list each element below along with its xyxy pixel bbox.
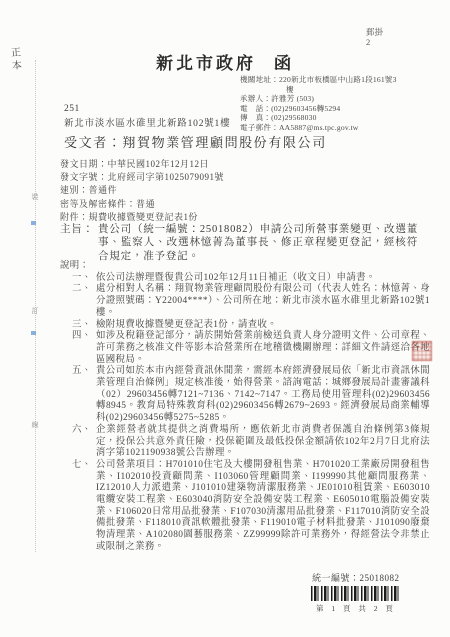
postal-registered-mark: 郵掛 2 <box>366 27 383 47</box>
item-text: 檢附規費收據暨變更登記表1份，請查收。 <box>96 320 430 332</box>
ink-speck <box>31 221 36 225</box>
agency-address-line: 機關地址：220新北市板橋區中山路1段161號3 <box>240 75 440 85</box>
recipient-name: 翔賀物業管理顧問股份有限公司 <box>122 135 326 150</box>
recipient-address: 新北市淡水區水碓里北新路102號1樓 <box>64 115 327 129</box>
agency-contact-person: 承辦人：許雅芳 (503) <box>240 94 440 104</box>
agency-address-wrap: 樓 <box>240 85 440 95</box>
ink-speck <box>31 331 36 335</box>
doc-type: 函 <box>274 54 294 73</box>
item-number: 六、 <box>72 425 96 460</box>
explanation-item: 一、 依公司法辦理暨復貴公司102年12月11日補正（收文日）申請書。 <box>72 273 430 285</box>
explanation-item: 五、 貴公司如於本市內經營資訊休閒業，需經本府經濟發展局依「新北市資訊休閒業管理… <box>72 366 430 425</box>
recipient-label: 受文者： <box>64 135 122 150</box>
meta-security-class: 密等及解密條件：普通 <box>60 198 224 211</box>
explanation-item: 七、 公司營業項目：H701010住宅及大樓開發租售業、H701020工業廠房開… <box>72 460 430 554</box>
page-title: 新北市政府函 <box>0 49 450 74</box>
item-number: 五、 <box>72 366 96 425</box>
item-number: 一、 <box>72 273 96 285</box>
explanation-item: 二、 處分相對人名稱：翔賀物業管理顧問股份有限公司（代表人姓名：林憶菁、身分證照… <box>72 284 430 319</box>
recipient-block: 251 新北市淡水區水碓里北新路102號1樓 受文者：翔賀物業管理顧問股份有限公… <box>64 104 327 151</box>
item-text: 處分相對人名稱：翔賀物業管理顧問股份有限公司（代表人姓名：林憶菁、身分證照號碼：… <box>96 284 430 319</box>
item-number: 四、 <box>72 331 96 366</box>
binding-mark-xian: 線 <box>30 420 40 430</box>
recipient-name-line: 受文者：翔賀物業管理顧問股份有限公司 <box>64 132 327 151</box>
explanation-block: 說明： 一、 依公司法辦理暨復貴公司102年12月11日補正（收文日）申請書。 … <box>60 261 430 554</box>
binding-mark-zhuang: 裝 <box>30 192 40 202</box>
explanation-item: 四、 如涉及稅籍登記部分，請於開始營業前檢送負責人身分證明文件、公司章程、許可業… <box>72 331 430 366</box>
item-number: 七、 <box>72 460 96 554</box>
item-text: 依公司法辦理暨復貴公司102年12月11日補正（收文日）申請書。 <box>96 273 430 285</box>
postal-mark-number: 2 <box>366 37 383 47</box>
barcode <box>311 586 400 601</box>
item-text: 企業經營者就其提供之消費場所，應依新北市消費者保護自治條例第3條規定，投保公共意… <box>96 425 430 460</box>
item-text: 如涉及稅籍登記部分，請於開始營業前檢送負責人身分證明文件、公司章程、許可業務之核… <box>96 331 430 366</box>
item-text: 貴公司如於本市內經營資訊休閒業，需經本府經濟發展局依「新北市資訊休閒業管理自治條… <box>96 366 430 425</box>
recipient-zip: 251 <box>64 104 327 114</box>
binding-mark-ding: 訂 <box>30 306 40 316</box>
explanation-label: 說明： <box>60 261 430 273</box>
meta-speed-class: 速別：普通件 <box>60 184 224 197</box>
subject-label: 主旨： <box>60 223 98 263</box>
page-number: 第 1 頁 共 2 頁 <box>316 603 396 614</box>
item-number: 三、 <box>72 320 96 332</box>
postal-mark-text: 郵掛 <box>366 27 383 37</box>
explanation-item: 三、 檢附規費收據暨變更登記表1份，請查收。 <box>72 320 430 332</box>
red-stamp-seal <box>412 341 432 361</box>
subject-block: 主旨： 貴公司（統一編號：25018082）申請公司所營事業變更、改選董事、監察… <box>60 223 418 263</box>
uniform-number: 統一編號：25018082 <box>312 571 400 584</box>
explanation-item: 六、 企業經營者就其提供之消費場所，應依新北市消費者保護自治條例第3條規定，投保… <box>72 425 430 460</box>
org-name: 新北市政府 <box>156 54 256 73</box>
meta-issue-date: 發文日期：中華民國102年12月12日 <box>60 158 224 171</box>
meta-ref-number: 發文字號：北府經司字第1025079091號 <box>60 171 224 184</box>
document-page: 正本 裝 訂 線 郵掛 2 新北市政府函 機關地址：220新北市板橋區中山路1段… <box>0 0 450 637</box>
item-number: 二、 <box>72 284 96 319</box>
document-meta-block: 發文日期：中華民國102年12月12日 發文字號：北府經司字第102507909… <box>60 158 224 224</box>
subject-text: 貴公司（統一編號：25018082）申請公司所營事業變更、改選董事、監察人、改選… <box>98 223 418 263</box>
item-text: 公司營業項目：H701010住宅及大樓開發租售業、H701020工業廠房開發租售… <box>96 460 430 554</box>
